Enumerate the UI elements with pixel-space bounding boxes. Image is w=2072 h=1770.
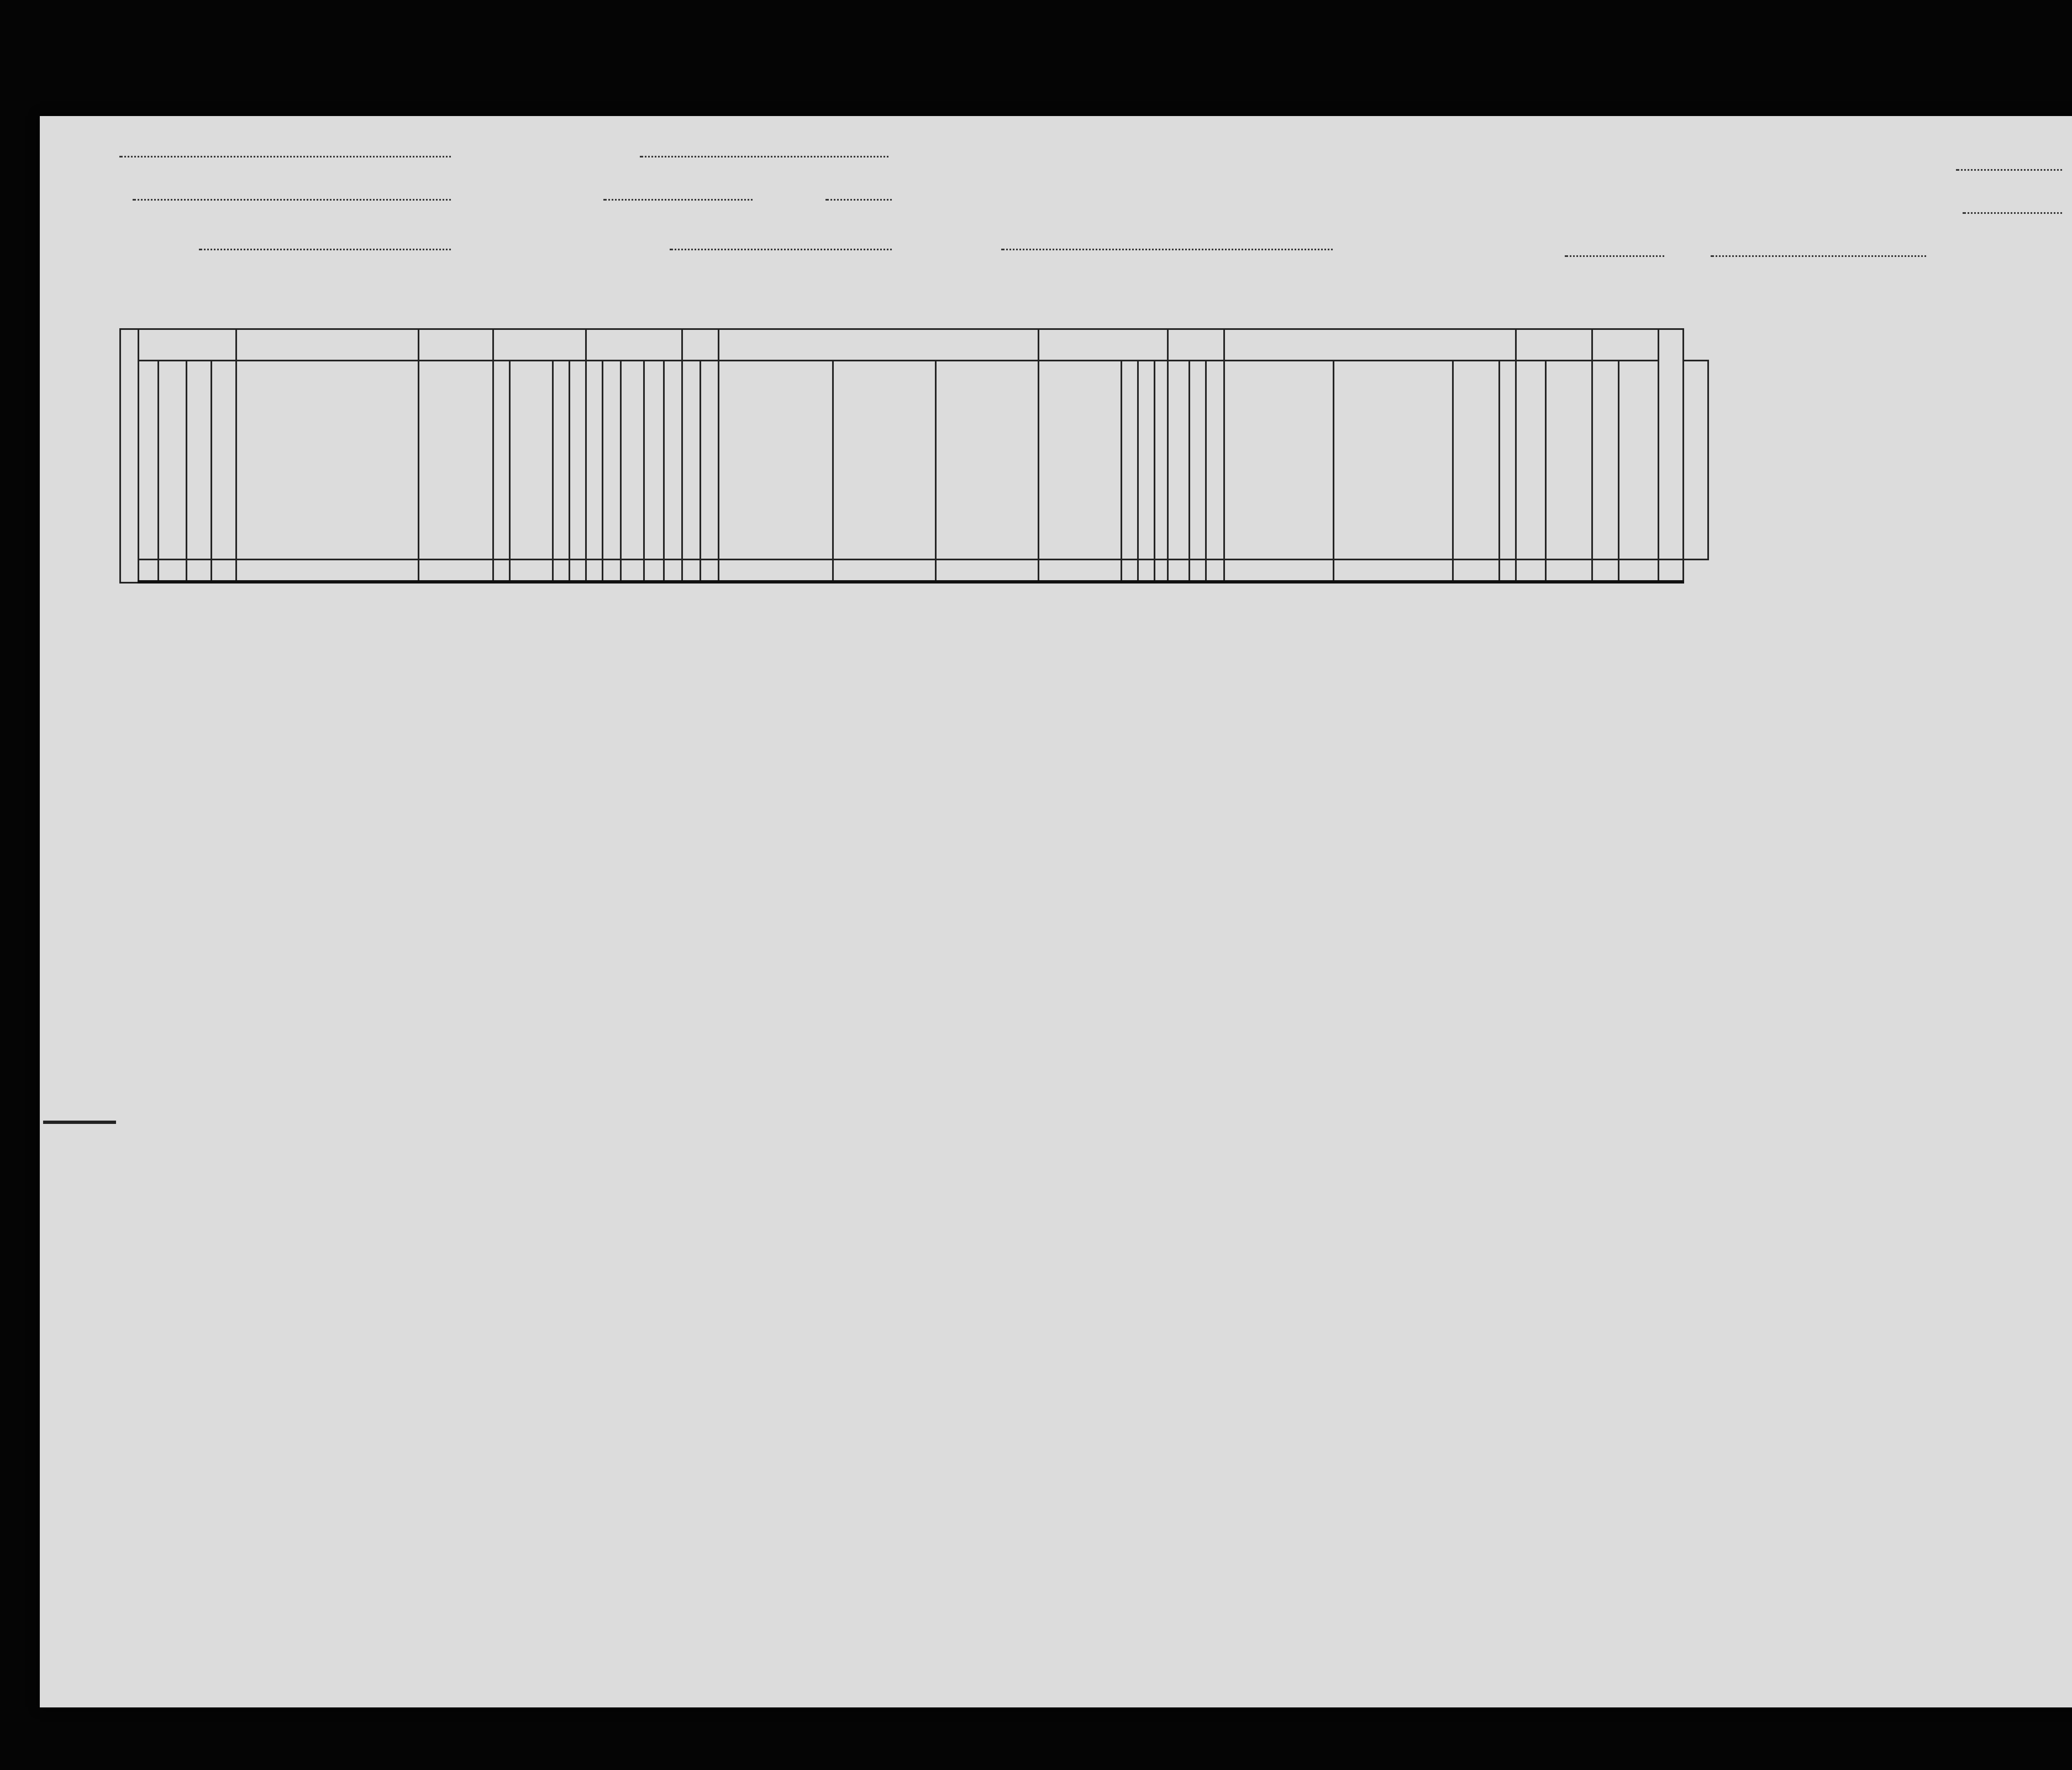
col-28-header: [1516, 361, 1546, 559]
col-number-13: [621, 559, 644, 582]
group-education: [682, 329, 719, 361]
col-2-header: [158, 361, 186, 559]
incorporated-field: [640, 129, 888, 157]
census-sheet: [40, 116, 2072, 1707]
col-number-9: [553, 559, 569, 582]
scan-background: [0, 0, 2072, 1770]
group-home-data: [493, 329, 586, 361]
col-number-25: [1224, 559, 1334, 582]
col-30-header: [1592, 361, 1619, 559]
group-relation: [419, 329, 493, 361]
col-number-10: [569, 559, 586, 582]
col-13-header: [621, 361, 644, 559]
block-value: [825, 172, 832, 196]
col-number-18: [719, 559, 833, 582]
col-23-header: [1189, 361, 1206, 559]
col-number-1: [138, 559, 158, 582]
col-22-header: [1168, 361, 1189, 559]
col-number-8: [510, 559, 553, 582]
col-number-31: [1619, 559, 1658, 582]
sd-value: [1963, 186, 1973, 209]
line-number-header: [120, 329, 138, 582]
col-12-header: [603, 361, 621, 559]
col-8-header: [510, 361, 553, 559]
col-number-B: [1138, 559, 1155, 582]
col-number-5: [236, 559, 419, 582]
township-field: [199, 225, 451, 250]
col-number-22: [1168, 559, 1189, 582]
ward-value: [603, 176, 610, 199]
col-number-32: [1658, 559, 1683, 582]
col-number-14: [644, 559, 664, 582]
col-number-30: [1592, 559, 1619, 582]
col-number-2: [158, 559, 186, 582]
ed-field: [1956, 139, 2062, 171]
col-26-header: [1334, 361, 1453, 559]
enumerated-date-field: [1565, 225, 1664, 257]
group-place-of-birth: [719, 329, 1038, 361]
col-14-header: [644, 361, 664, 559]
col-11-header: [586, 361, 603, 559]
col-number-4: [211, 559, 236, 582]
group-abode: [138, 329, 236, 361]
col-number-7: [493, 559, 510, 582]
col-16-header: [682, 361, 700, 559]
ward-field: [603, 172, 753, 201]
col-32-header: [1658, 329, 1683, 559]
col-number-12: [603, 559, 621, 582]
sd-field: [1963, 182, 2062, 214]
col-number-D: [1453, 559, 1499, 582]
col-number-29: [1546, 559, 1592, 582]
enumerator-name: [1711, 230, 1721, 252]
col-number-21: [1038, 559, 1121, 582]
footer-instructions: [119, 1633, 2072, 1699]
township-value: [199, 234, 206, 252]
col-10-header: [569, 361, 586, 559]
col-29-header: [1546, 361, 1592, 559]
ed-value: [1956, 143, 1963, 166]
group-personal: [586, 329, 682, 361]
col-number-6: [419, 559, 493, 582]
col-number-15: [664, 559, 682, 582]
group-employment: [1516, 329, 1592, 361]
col-number-C: [1155, 559, 1168, 582]
enumerated-date: [1565, 230, 1568, 252]
col-number-17: [700, 559, 719, 582]
col-A-header: [1121, 361, 1138, 559]
col-D-header: [1453, 361, 1499, 559]
col-number-A: [1121, 559, 1138, 582]
col-4-header: [211, 361, 236, 559]
col-9-header: [553, 361, 569, 559]
col-number-24: [1206, 559, 1224, 582]
col-32-header: [1683, 361, 1708, 559]
col-number-16: [682, 559, 700, 582]
unincorporated-field: [670, 229, 892, 250]
county-value: [133, 176, 143, 199]
col-7-header: [493, 361, 510, 559]
state-field: [119, 133, 451, 157]
col-number-20: [936, 559, 1038, 582]
col-18-header: [719, 361, 833, 559]
col-27-header: [1499, 361, 1516, 559]
block-field: [825, 169, 892, 201]
col-number-27: [1499, 559, 1516, 582]
col-17-header: [700, 361, 719, 559]
col-number-3: [186, 559, 211, 582]
col-3-header: [186, 361, 211, 559]
col-B-header: [1138, 361, 1155, 559]
col-number-28: [1516, 559, 1546, 582]
col-20-header: [936, 361, 1038, 559]
col-1-header: [138, 361, 158, 559]
form-title-block: [852, 136, 1349, 139]
col-31-header: [1619, 361, 1658, 559]
col-24-header: [1206, 361, 1224, 559]
institution-field: [1001, 229, 1333, 250]
incorporated-value: [640, 133, 646, 156]
group-mother-tongue: [1038, 329, 1168, 361]
col-21-header: [1038, 361, 1121, 559]
col-C-header: [1155, 361, 1168, 559]
group-citizenship: [1168, 329, 1224, 361]
group-name: [236, 329, 419, 361]
col-15-header: [664, 361, 682, 559]
enumerator-field: [1711, 225, 1926, 257]
col-25-header: [1224, 361, 1334, 559]
population-schedule-table: [119, 328, 1709, 584]
col-number-19: [833, 559, 936, 582]
col-19-header: [833, 361, 936, 559]
col-number-26: [1334, 559, 1453, 582]
state-value: [119, 136, 129, 159]
col-5-header: [236, 361, 419, 559]
col-number-23: [1189, 559, 1206, 582]
see-sheet-note: [43, 1121, 116, 1124]
group-veterans: [1592, 329, 1658, 361]
county-field: [133, 172, 451, 201]
col-number-11: [586, 559, 603, 582]
group-occupation: [1224, 329, 1516, 361]
col-6-header: [419, 361, 493, 559]
